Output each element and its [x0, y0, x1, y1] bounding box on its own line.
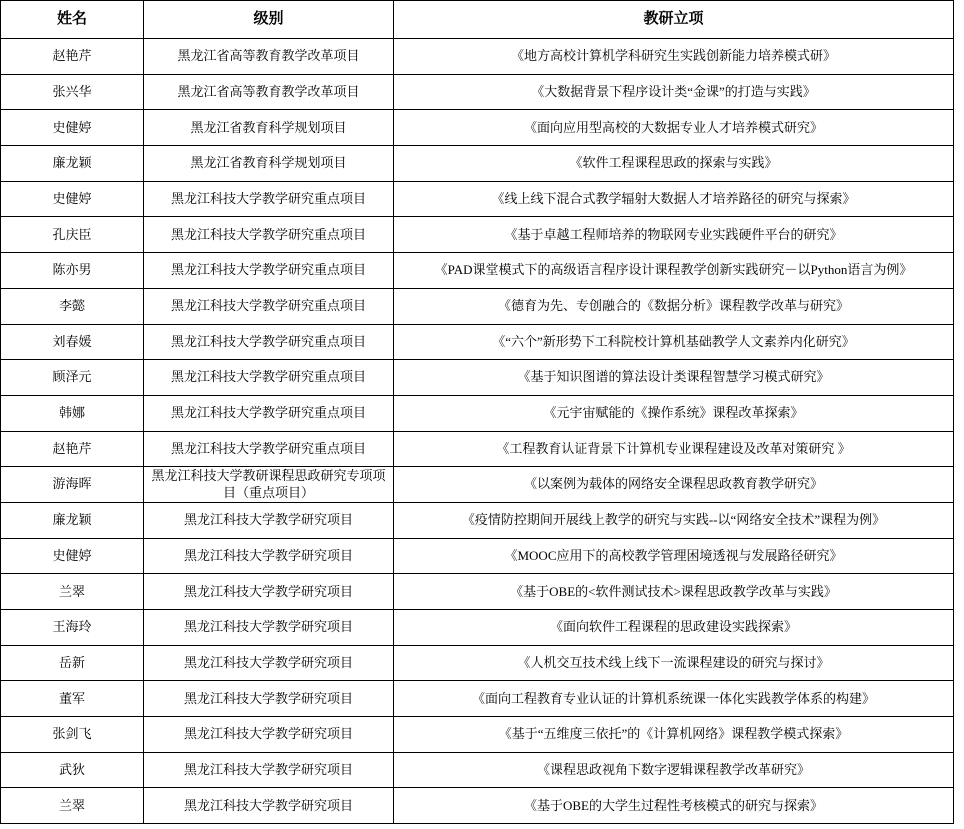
name-cell: 兰翠 [1, 788, 144, 824]
level-cell: 黑龙江科技大学教学研究项目 [144, 788, 394, 824]
table-row: 武狄黑龙江科技大学教学研究项目《课程思政视角下数字逻辑课程教学改革研究》 [1, 752, 954, 788]
name-cell: 游海晖 [1, 467, 144, 503]
table-row: 史健婷黑龙江省教育科学规划项目《面向应用型高校的大数据专业人才培养模式研究》 [1, 110, 954, 146]
project-cell: 《基于知识图谱的算法设计类课程智慧学习模式研究》 [394, 360, 954, 396]
level-cell: 黑龙江科技大学教学研究项目 [144, 717, 394, 753]
table-row: 廉龙颖黑龙江省教育科学规划项目《软件工程课程思政的探索与实践》 [1, 146, 954, 182]
name-cell: 刘春媛 [1, 324, 144, 360]
project-cell: 《面向软件工程课程的思政建设实践探索》 [394, 610, 954, 646]
table-row: 游海晖黑龙江科技大学教研课程思政研究专项项目（重点项目）《以案例为载体的网络安全… [1, 467, 954, 503]
name-cell: 王海玲 [1, 610, 144, 646]
name-cell: 廉龙颖 [1, 502, 144, 538]
research-projects-table: 姓名 级别 教研立项 赵艳芹黑龙江省高等教育教学改革项目《地方高校计算机学科研究… [0, 0, 954, 824]
name-cell: 李懿 [1, 288, 144, 324]
level-cell: 黑龙江科技大学教学研究项目 [144, 752, 394, 788]
name-cell: 董军 [1, 681, 144, 717]
column-header-level: 级别 [144, 1, 394, 39]
table-row: 赵艳芹黑龙江省高等教育教学改革项目《地方高校计算机学科研究生实践创新能力培养模式… [1, 39, 954, 75]
table-row: 董军黑龙江科技大学教学研究项目《面向工程教育专业认证的计算机系统课一体化实践教学… [1, 681, 954, 717]
project-cell: 《面向工程教育专业认证的计算机系统课一体化实践教学体系的构建》 [394, 681, 954, 717]
level-cell: 黑龙江科技大学教学研究重点项目 [144, 288, 394, 324]
name-cell: 孔庆臣 [1, 217, 144, 253]
name-cell: 岳新 [1, 645, 144, 681]
project-cell: 《“六个”新形势下工科院校计算机基础教学人文素养内化研究》 [394, 324, 954, 360]
level-cell: 黑龙江科技大学教学研究重点项目 [144, 217, 394, 253]
table-row: 史健婷黑龙江科技大学教学研究项目《MOOC应用下的高校教学管理困境透视与发展路径… [1, 538, 954, 574]
table-row: 赵艳芹黑龙江科技大学教学研究重点项目《工程教育认证背景下计算机专业课程建设及改革… [1, 431, 954, 467]
table-row: 刘春媛黑龙江科技大学教学研究重点项目《“六个”新形势下工科院校计算机基础教学人文… [1, 324, 954, 360]
table-row: 王海玲黑龙江科技大学教学研究项目《面向软件工程课程的思政建设实践探索》 [1, 610, 954, 646]
level-cell: 黑龙江科技大学教学研究项目 [144, 645, 394, 681]
project-cell: 《元宇宙赋能的《操作系统》课程改革探索》 [394, 395, 954, 431]
name-cell: 兰翠 [1, 574, 144, 610]
table-body: 赵艳芹黑龙江省高等教育教学改革项目《地方高校计算机学科研究生实践创新能力培养模式… [1, 39, 954, 824]
level-cell: 黑龙江科技大学教研课程思政研究专项项目（重点项目） [144, 467, 394, 503]
table-row: 顾泽元黑龙江科技大学教学研究重点项目《基于知识图谱的算法设计类课程智慧学习模式研… [1, 360, 954, 396]
table-row: 廉龙颖黑龙江科技大学教学研究项目《疫情防控期间开展线上教学的研究与实践--以“网… [1, 502, 954, 538]
level-cell: 黑龙江科技大学教学研究重点项目 [144, 360, 394, 396]
table-row: 孔庆臣黑龙江科技大学教学研究重点项目《基于卓越工程师培养的物联网专业实践硬件平台… [1, 217, 954, 253]
project-cell: 《PAD课堂模式下的高级语言程序设计课程教学创新实践研究－以Python语言为例… [394, 253, 954, 289]
name-cell: 顾泽元 [1, 360, 144, 396]
table-row: 岳新黑龙江科技大学教学研究项目《人机交互技术线上线下一流课程建设的研究与探讨》 [1, 645, 954, 681]
project-cell: 《基于OBE的大学生过程性考核模式的研究与探索》 [394, 788, 954, 824]
name-cell: 史健婷 [1, 538, 144, 574]
level-cell: 黑龙江省教育科学规划项目 [144, 110, 394, 146]
project-cell: 《基于卓越工程师培养的物联网专业实践硬件平台的研究》 [394, 217, 954, 253]
project-cell: 《工程教育认证背景下计算机专业课程建设及改革对策研究 》 [394, 431, 954, 467]
table-row: 韩娜黑龙江科技大学教学研究重点项目《元宇宙赋能的《操作系统》课程改革探索》 [1, 395, 954, 431]
level-cell: 黑龙江省高等教育教学改革项目 [144, 39, 394, 75]
project-cell: 《MOOC应用下的高校教学管理困境透视与发展路径研究》 [394, 538, 954, 574]
level-cell: 黑龙江科技大学教学研究重点项目 [144, 431, 394, 467]
level-cell: 黑龙江科技大学教学研究项目 [144, 538, 394, 574]
name-cell: 陈亦男 [1, 253, 144, 289]
level-cell: 黑龙江科技大学教学研究重点项目 [144, 181, 394, 217]
table-row: 李懿黑龙江科技大学教学研究重点项目《德育为先、专创融合的《数据分析》课程教学改革… [1, 288, 954, 324]
table-row: 陈亦男黑龙江科技大学教学研究重点项目《PAD课堂模式下的高级语言程序设计课程教学… [1, 253, 954, 289]
level-cell: 黑龙江科技大学教学研究项目 [144, 610, 394, 646]
level-cell: 黑龙江科技大学教学研究项目 [144, 502, 394, 538]
level-cell: 黑龙江科技大学教学研究项目 [144, 681, 394, 717]
level-cell: 黑龙江省教育科学规划项目 [144, 146, 394, 182]
table-row: 张兴华黑龙江省高等教育教学改革项目《大数据背景下程序设计类“金课”的打造与实践》 [1, 74, 954, 110]
level-cell: 黑龙江科技大学教学研究项目 [144, 574, 394, 610]
name-cell: 韩娜 [1, 395, 144, 431]
level-cell: 黑龙江科技大学教学研究重点项目 [144, 395, 394, 431]
project-cell: 《人机交互技术线上线下一流课程建设的研究与探讨》 [394, 645, 954, 681]
table-row: 兰翠黑龙江科技大学教学研究项目《基于OBE的<软件测试技术>课程思政教学改革与实… [1, 574, 954, 610]
level-cell: 黑龙江科技大学教学研究重点项目 [144, 324, 394, 360]
name-cell: 武狄 [1, 752, 144, 788]
project-cell: 《基于“五维度三依托”的《计算机网络》课程教学模式探索》 [394, 717, 954, 753]
column-header-name: 姓名 [1, 1, 144, 39]
header-row: 姓名 级别 教研立项 [1, 1, 954, 39]
project-cell: 《地方高校计算机学科研究生实践创新能力培养模式研》 [394, 39, 954, 75]
project-cell: 《线上线下混合式教学辐射大数据人才培养路径的研究与探索》 [394, 181, 954, 217]
table-header: 姓名 级别 教研立项 [1, 1, 954, 39]
name-cell: 赵艳芹 [1, 431, 144, 467]
name-cell: 赵艳芹 [1, 39, 144, 75]
column-header-project: 教研立项 [394, 1, 954, 39]
name-cell: 张兴华 [1, 74, 144, 110]
project-cell: 《以案例为载体的网络安全课程思政教育教学研究》 [394, 467, 954, 503]
project-cell: 《大数据背景下程序设计类“金课”的打造与实践》 [394, 74, 954, 110]
project-cell: 《课程思政视角下数字逻辑课程教学改革研究》 [394, 752, 954, 788]
name-cell: 史健婷 [1, 181, 144, 217]
name-cell: 廉龙颖 [1, 146, 144, 182]
project-cell: 《基于OBE的<软件测试技术>课程思政教学改革与实践》 [394, 574, 954, 610]
table-row: 张剑飞黑龙江科技大学教学研究项目《基于“五维度三依托”的《计算机网络》课程教学模… [1, 717, 954, 753]
name-cell: 张剑飞 [1, 717, 144, 753]
project-cell: 《疫情防控期间开展线上教学的研究与实践--以“网络安全技术”课程为例》 [394, 502, 954, 538]
name-cell: 史健婷 [1, 110, 144, 146]
level-cell: 黑龙江科技大学教学研究重点项目 [144, 253, 394, 289]
table-row: 兰翠黑龙江科技大学教学研究项目《基于OBE的大学生过程性考核模式的研究与探索》 [1, 788, 954, 824]
project-cell: 《软件工程课程思政的探索与实践》 [394, 146, 954, 182]
table-row: 史健婷黑龙江科技大学教学研究重点项目《线上线下混合式教学辐射大数据人才培养路径的… [1, 181, 954, 217]
project-cell: 《面向应用型高校的大数据专业人才培养模式研究》 [394, 110, 954, 146]
level-cell: 黑龙江省高等教育教学改革项目 [144, 74, 394, 110]
project-cell: 《德育为先、专创融合的《数据分析》课程教学改革与研究》 [394, 288, 954, 324]
